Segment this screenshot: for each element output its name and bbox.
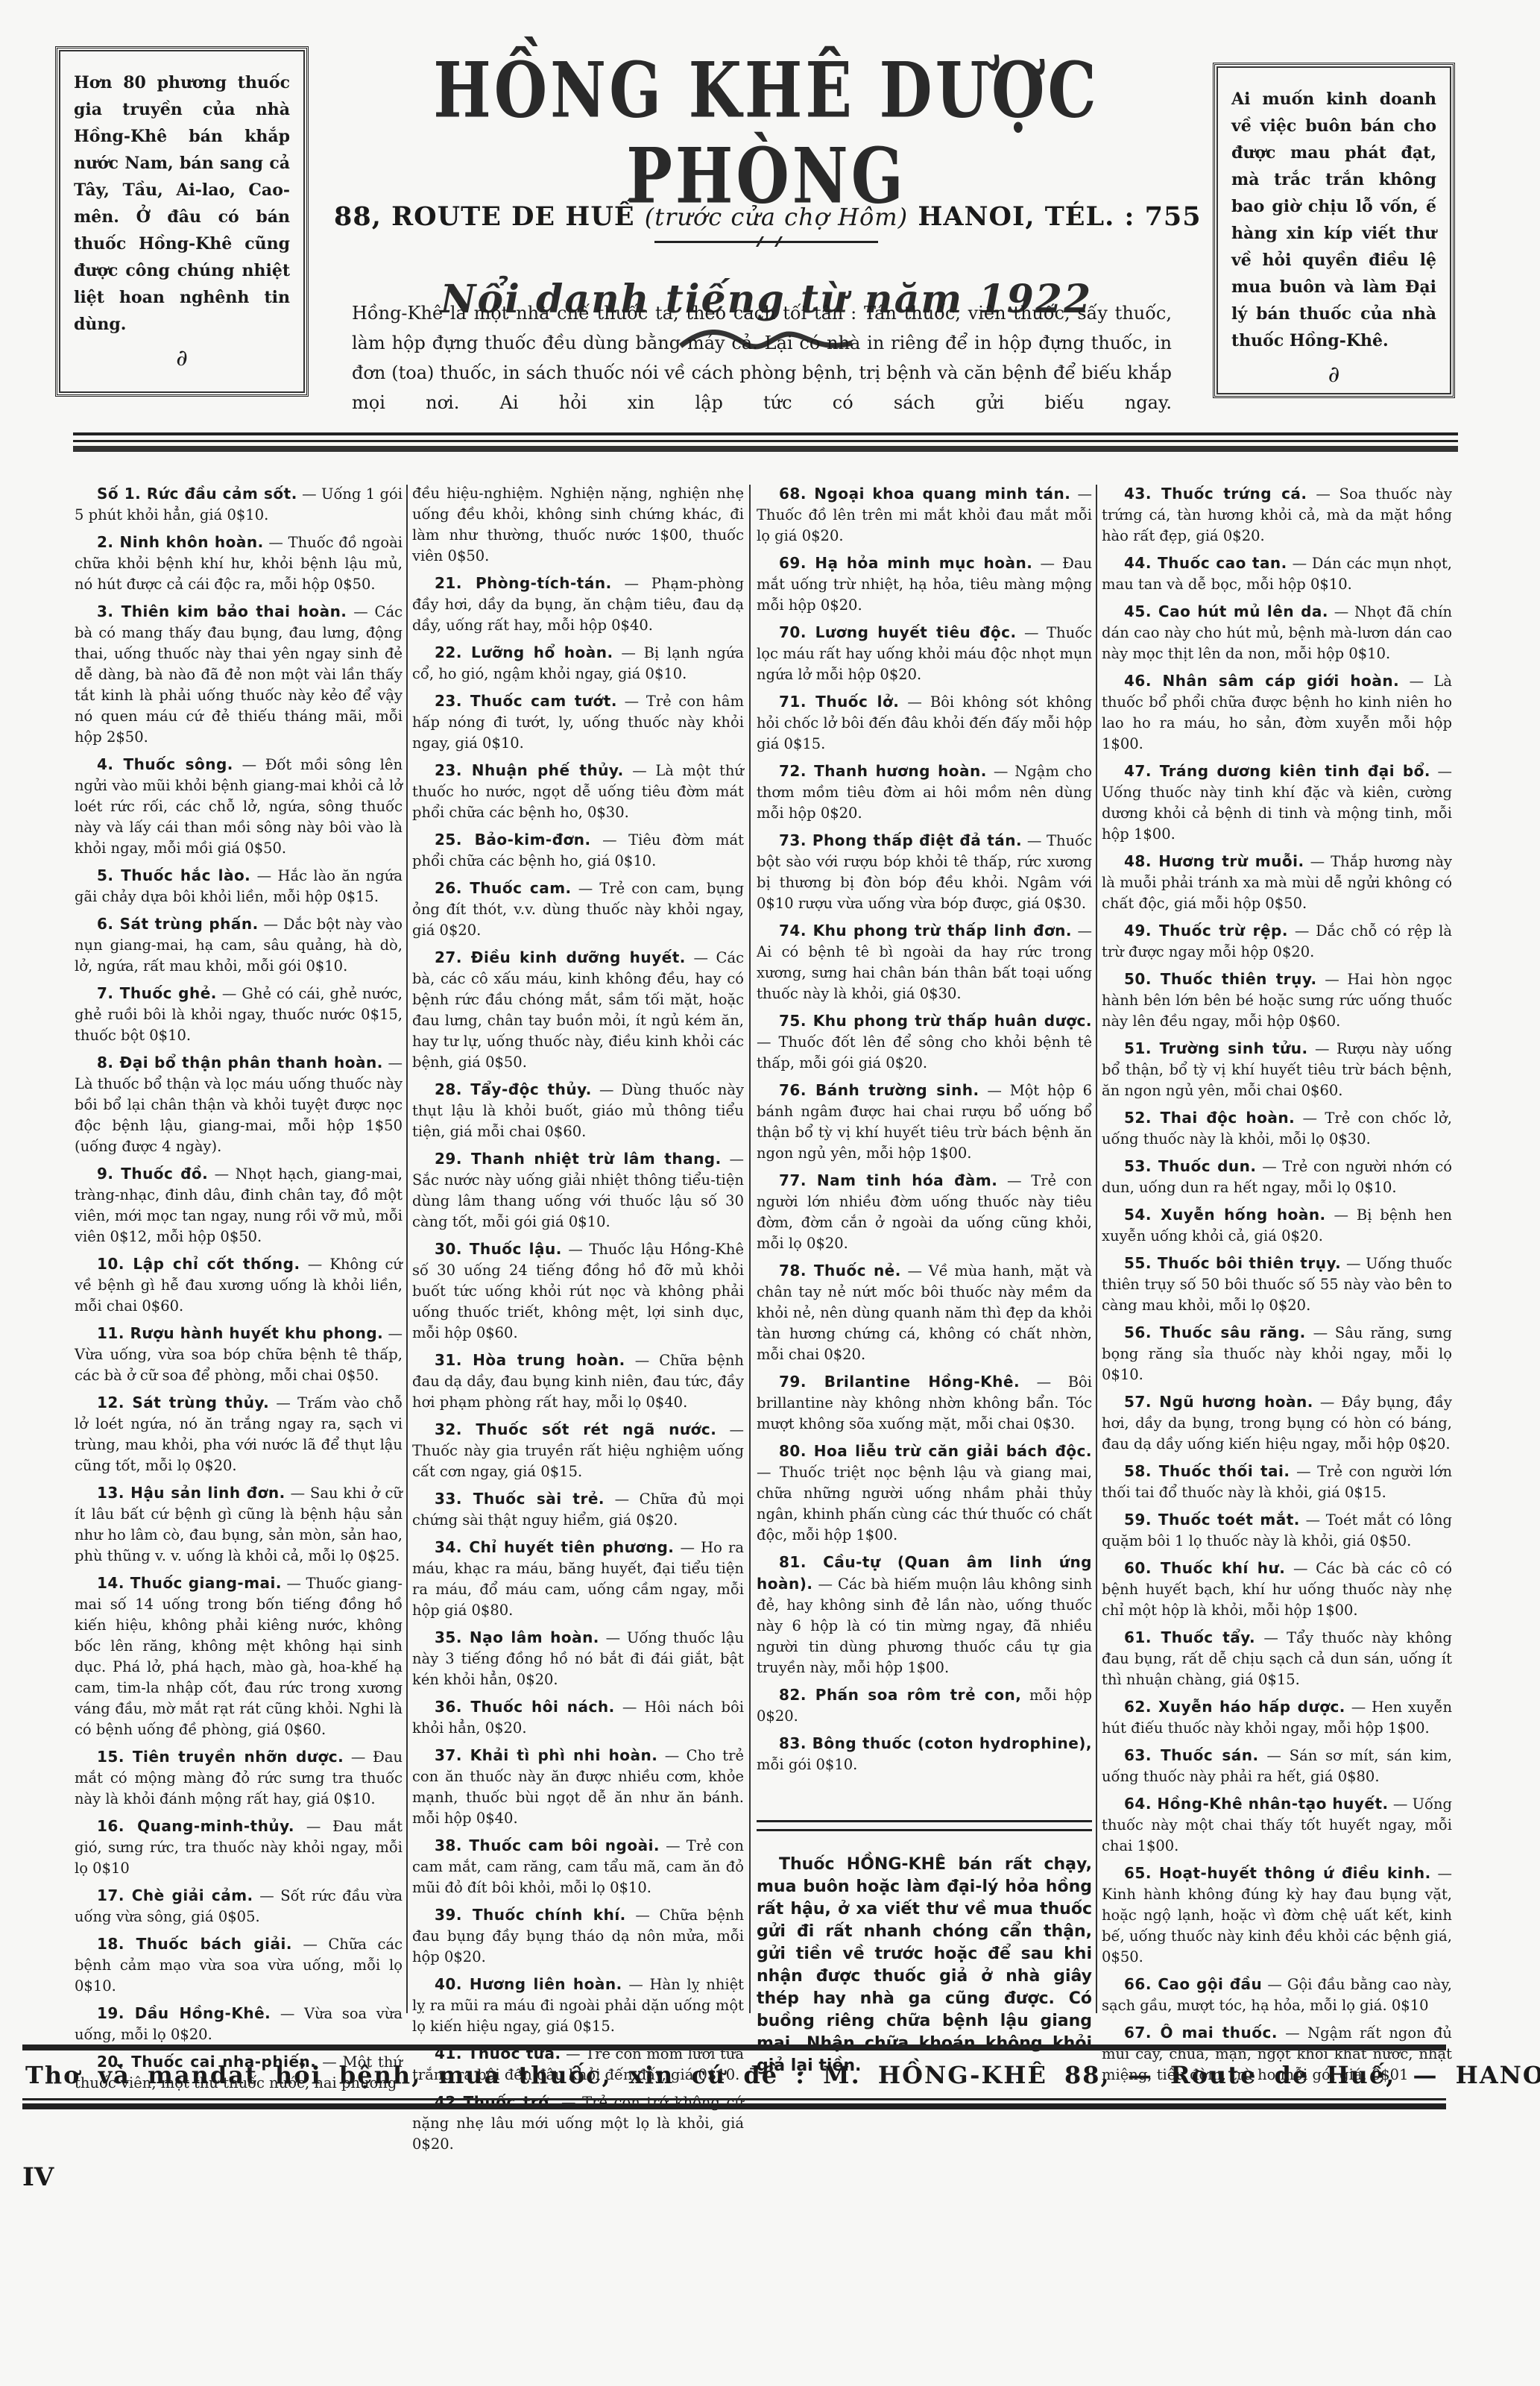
medicine-item: 52. Thai độc hoàn. — Trẻ con chốc lở, uố… — [1102, 1107, 1452, 1150]
medicine-item-continued: đều hiệu-nghiệm. Nghiện nặng, nghiện nhẹ… — [412, 483, 744, 567]
medicine-item: 54. Xuyễn hống hoàn. — Bị bệnh hen xuyễn… — [1102, 1204, 1452, 1247]
medicine-item: 49. Thuốc trừ rệp. — Dắc chỗ có rệp là t… — [1102, 920, 1452, 963]
medicine-item: 37. Khải tì phì nhi hoàn. — Cho trẻ con … — [412, 1745, 744, 1829]
medicine-item: 36. Thuốc hôi nách. — Hôi nách bôi khỏi … — [412, 1696, 744, 1739]
medicine-item: 62. Xuyễn háo hấp dược. — Hen xuyễn hút … — [1102, 1696, 1452, 1739]
medicine-item: 60. Thuốc khí hư. — Các bà các cô có bện… — [1102, 1558, 1452, 1621]
medicine-item: 12. Sát trùng thủy. — Trấm vào chỗ lở lo… — [75, 1392, 403, 1476]
footer-address-band: Thơ và mandat hỏi bệnh, mua thuốc, xin c… — [22, 2045, 1446, 2109]
medicine-column-2: đều hiệu-nghiệm. Nghiện nặng, nghiện nhẹ… — [412, 483, 744, 2161]
medicine-item: 47. Tráng dương kiên tinh đại bổ. — Uống… — [1102, 761, 1452, 845]
rule-ornament-icon — [654, 236, 878, 247]
medicine-item: 66. Cao gội đầu — Gội đầu bằng cao này, … — [1102, 1974, 1452, 2016]
medicine-item: 55. Thuốc bôi thiên trụy. — Uống thuốc t… — [1102, 1253, 1452, 1316]
newspaper-page: Hơn 80 phương thuốc gia truyền của nhà H… — [0, 0, 1540, 2386]
medicine-item: 76. Bánh trường sinh. — Một hộp 6 bánh n… — [757, 1080, 1092, 1164]
medicine-item: 21. Phòng-tích-tán. — Phạm-phòng đầy hơi… — [412, 573, 744, 636]
medicine-item: 48. Hương trừ muỗi. — Thắp hương này là … — [1102, 851, 1452, 914]
medicine-item: 38. Thuốc cam bôi ngoài. — Trẻ con cam m… — [412, 1835, 744, 1898]
medicine-item: 57. Ngũ hương hoàn. — Đầy bụng, đầy hơi,… — [1102, 1391, 1452, 1455]
medicine-item: 72. Thanh hương hoàn. — Ngậm cho thơm mồ… — [757, 761, 1092, 824]
medicine-item: 40. Hương liên hoàn. — Hàn lỵ nhiệt lỵ r… — [412, 1974, 744, 2037]
medicine-item: 50. Thuốc thiên trụy. — Hai hòn ngọc hàn… — [1102, 969, 1452, 1032]
medicine-item: 3. Thiên kim bảo thai hoàn. — Các bà có … — [75, 601, 403, 748]
medicine-item: 46. Nhân sâm cáp giới hoàn. — Là thuốc b… — [1102, 670, 1452, 755]
medicine-item: 53. Thuốc dun. — Trẻ con người nhớn có d… — [1102, 1156, 1452, 1198]
medicine-item: 7. Thuốc ghẻ. — Ghẻ có cái, ghẻ nước, gh… — [75, 983, 403, 1046]
medicine-item: 74. Khu phong trừ thấp linh đơn. — Ai có… — [757, 920, 1092, 1004]
column-divider — [1096, 485, 1097, 2013]
intro-paragraph: Hồng-Khê là một nhà chế thuốc ta, theo c… — [352, 298, 1172, 418]
medicine-item: 81. Cầu-tự (Quan âm linh ứng hoàn). — Cá… — [757, 1552, 1092, 1678]
medicine-item: 23. Thuốc cam tướt. — Trẻ con hâm hấp nó… — [412, 690, 744, 754]
medicine-item: 14. Thuốc giang-mai. — Thuốc giang-mai s… — [75, 1573, 403, 1740]
medicine-item: 23. Nhuận phế thủy. — Là một thứ thuốc h… — [412, 760, 744, 823]
medicine-item: 75. Khu phong trừ thấp huân dược. — Thuố… — [757, 1010, 1092, 1074]
medicine-column-3: 68. Ngoại khoa quang minh tán. — Thuốc đ… — [757, 483, 1092, 2094]
medicine-item: 58. Thuốc thối tai. — Trẻ con người lớn … — [1102, 1461, 1452, 1503]
medicine-item: 61. Thuốc tẩy. — Tẩy thuốc này không đau… — [1102, 1627, 1452, 1690]
medicine-item: 34. Chỉ huyết tiên phương. — Ho ra máu, … — [412, 1537, 744, 1621]
medicine-item: 30. Thuốc lậu. — Thuốc lậu Hồng-Khê số 3… — [412, 1238, 744, 1344]
right-info-box: Ai muốn kinh doanh về việc buôn bán cho … — [1213, 63, 1455, 398]
medicine-column-1: Số 1. Rức đầu cảm sốt. — Uống 1 gói 5 ph… — [75, 483, 403, 2100]
footer-rule — [22, 2103, 1446, 2109]
medicine-item: Số 1. Rức đầu cảm sốt. — Uống 1 gói 5 ph… — [75, 483, 403, 526]
notice-divider — [757, 1820, 1092, 1831]
medicine-item: 82. Phấn soa rôm trẻ con, mỗi hộp 0$20. — [757, 1684, 1092, 1727]
left-box-text: Hơn 80 phương thuốc gia truyền của nhà H… — [74, 73, 290, 334]
header-divider — [73, 432, 1458, 455]
medicine-item: 79. Brilantine Hồng-Khê. — Bôi brillanti… — [757, 1371, 1092, 1435]
page-number: IV — [22, 2162, 54, 2192]
medicine-item: 39. Thuốc chính khí. — Chữa bệnh đau bụn… — [412, 1904, 744, 1968]
medicine-item: 8. Đại bổ thận phân thanh hoàn. — Là thu… — [75, 1052, 403, 1157]
medicine-item: 25. Bảo-kim-đơn. — Tiêu đờm mát phổi chữ… — [412, 829, 744, 872]
medicine-item: 29. Thanh nhiệt trừ lâm thang. — Sắc nướ… — [412, 1148, 744, 1233]
flourish-ornament-icon: ∂ — [74, 345, 290, 372]
medicine-item: 80. Hoa liễu trừ căn giải bách độc. — Th… — [757, 1441, 1092, 1546]
medicine-item: 35. Nạo lâm hoàn. — Uống thuốc lậu này 3… — [412, 1627, 744, 1690]
medicine-item: 17. Chè giải cảm. — Sốt rức đầu vừa uống… — [75, 1885, 403, 1927]
medicine-item: 70. Lương huyết tiêu độc. — Thuốc lọc má… — [757, 622, 1092, 685]
medicine-item: 31. Hòa trung hoàn. — Chữa bệnh đau dạ d… — [412, 1350, 744, 1413]
flourish-ornament-icon: ∂ — [1231, 362, 1436, 388]
medicine-item: 63. Thuốc sán. — Sán sơ mít, sán kim, uố… — [1102, 1745, 1452, 1787]
sales-notice: Thuốc HỒNG-KHÊ bán rất chạy, mua buôn ho… — [757, 1854, 1092, 2077]
medicine-item: 28. Tẩy-độc thủy. — Dùng thuốc này thụt … — [412, 1079, 744, 1142]
medicine-item: 78. Thuốc nẻ. — Về mùa hanh, mặt và chân… — [757, 1260, 1092, 1365]
medicine-item: 71. Thuốc lở. — Bôi không sót không hỏi … — [757, 691, 1092, 755]
medicine-item: 13. Hậu sản linh đơn. — Sau khi ở cữ ít … — [75, 1482, 403, 1567]
medicine-item: 68. Ngoại khoa quang minh tán. — Thuốc đ… — [757, 483, 1092, 547]
medicine-item: 65. Hoạt-huyết thông ứ điều kinh. — Kinh… — [1102, 1863, 1452, 1968]
medicine-item: 27. Điều kinh dưỡng huyết. — Các bà, các… — [412, 947, 744, 1073]
left-info-box: Hơn 80 phương thuốc gia truyền của nhà H… — [55, 46, 309, 397]
medicine-item: 59. Thuốc toét mắt. — Toét mắt có lông q… — [1102, 1509, 1452, 1552]
footer-rule — [22, 2045, 1446, 2050]
medicine-item: 19. Dầu Hồng-Khê. — Vừa soa vừa uống, mỗ… — [75, 2003, 403, 2045]
medicine-item: 69. Hạ hỏa minh mục hoàn. — Đau mắt uống… — [757, 553, 1092, 616]
medicine-item: 32. Thuốc sốt rét ngã nước. — Thuốc này … — [412, 1419, 744, 1482]
column-divider — [749, 485, 751, 2013]
medicine-item: 56. Thuốc sâu răng. — Sâu răng, sưng bọn… — [1102, 1322, 1452, 1385]
medicine-item: 43. Thuốc trứng cá. — Soa thuốc này trứn… — [1102, 483, 1452, 547]
medicine-item: 18. Thuốc bách giải. — Chữa các bệnh cảm… — [75, 1933, 403, 1997]
medicine-item: 22. Lưỡng hổ hoàn. — Bị lạnh ngứa cổ, ho… — [412, 642, 744, 684]
footer-rule — [22, 2098, 1446, 2100]
medicine-item: 6. Sát trùng phấn. — Dắc bột này vào nụn… — [75, 913, 403, 977]
medicine-item: 73. Phong thấp điệt đả tán. — Thuốc bột … — [757, 830, 1092, 914]
medicine-item: 77. Nam tinh hóa đàm. — Trẻ con người lớ… — [757, 1170, 1092, 1254]
medicine-item: 10. Lập chỉ cốt thống. — Không cứ về bện… — [75, 1253, 403, 1317]
medicine-item: 33. Thuốc sài trẻ. — Chữa đủ mọi chứng s… — [412, 1488, 744, 1531]
medicine-item: 51. Trường sinh tửu. — Rượu này uống bổ … — [1102, 1038, 1452, 1101]
medicine-item: 64. Hồng-Khê nhân-tạo huyết. — Uống thuố… — [1102, 1793, 1452, 1857]
medicine-item: 16. Quang-minh-thủy. — Đau mắt gió, sưng… — [75, 1816, 403, 1879]
medicine-item: 83. Bông thuốc (coton hydrophine), mỗi g… — [757, 1733, 1092, 1775]
medicine-item: 9. Thuốc đồ. — Nhọt hạch, giang-mai, trà… — [75, 1163, 403, 1247]
medicine-item: 45. Cao hút mủ lên da. — Nhọt đã chín dá… — [1102, 601, 1452, 664]
page-title: HỒNG KHÊ DƯỢC PHÒNG — [334, 48, 1199, 219]
medicine-item: 44. Thuốc cao tan. — Dán các mụn nhọt, m… — [1102, 553, 1452, 595]
medicine-item: 5. Thuốc hắc lào. — Hắc lào ăn ngứa gãi … — [75, 865, 403, 907]
medicine-item: 15. Tiên truyền nhỡn dược. — Đau mắt có … — [75, 1746, 403, 1810]
medicine-item: 2. Ninh khôn hoàn. — Thuốc đồ ngoài chữa… — [75, 532, 403, 595]
medicine-column-4: 43. Thuốc trứng cá. — Soa thuốc này trứn… — [1102, 483, 1452, 2091]
mailing-address: Thơ và mandat hỏi bệnh, mua thuốc, xin c… — [22, 2050, 1446, 2098]
medicine-item: 26. Thuốc cam. — Trẻ con cam, bụng ỏng đ… — [412, 878, 744, 941]
right-box-text: Ai muốn kinh doanh về việc buôn bán cho … — [1231, 89, 1436, 350]
column-divider — [406, 485, 408, 2013]
medicine-item: 11. Rượu hành huyết khu phong. — Vừa uốn… — [75, 1323, 403, 1386]
medicine-item: 4. Thuốc sông. — Đốt mồi sông lên ngửi v… — [75, 754, 403, 859]
